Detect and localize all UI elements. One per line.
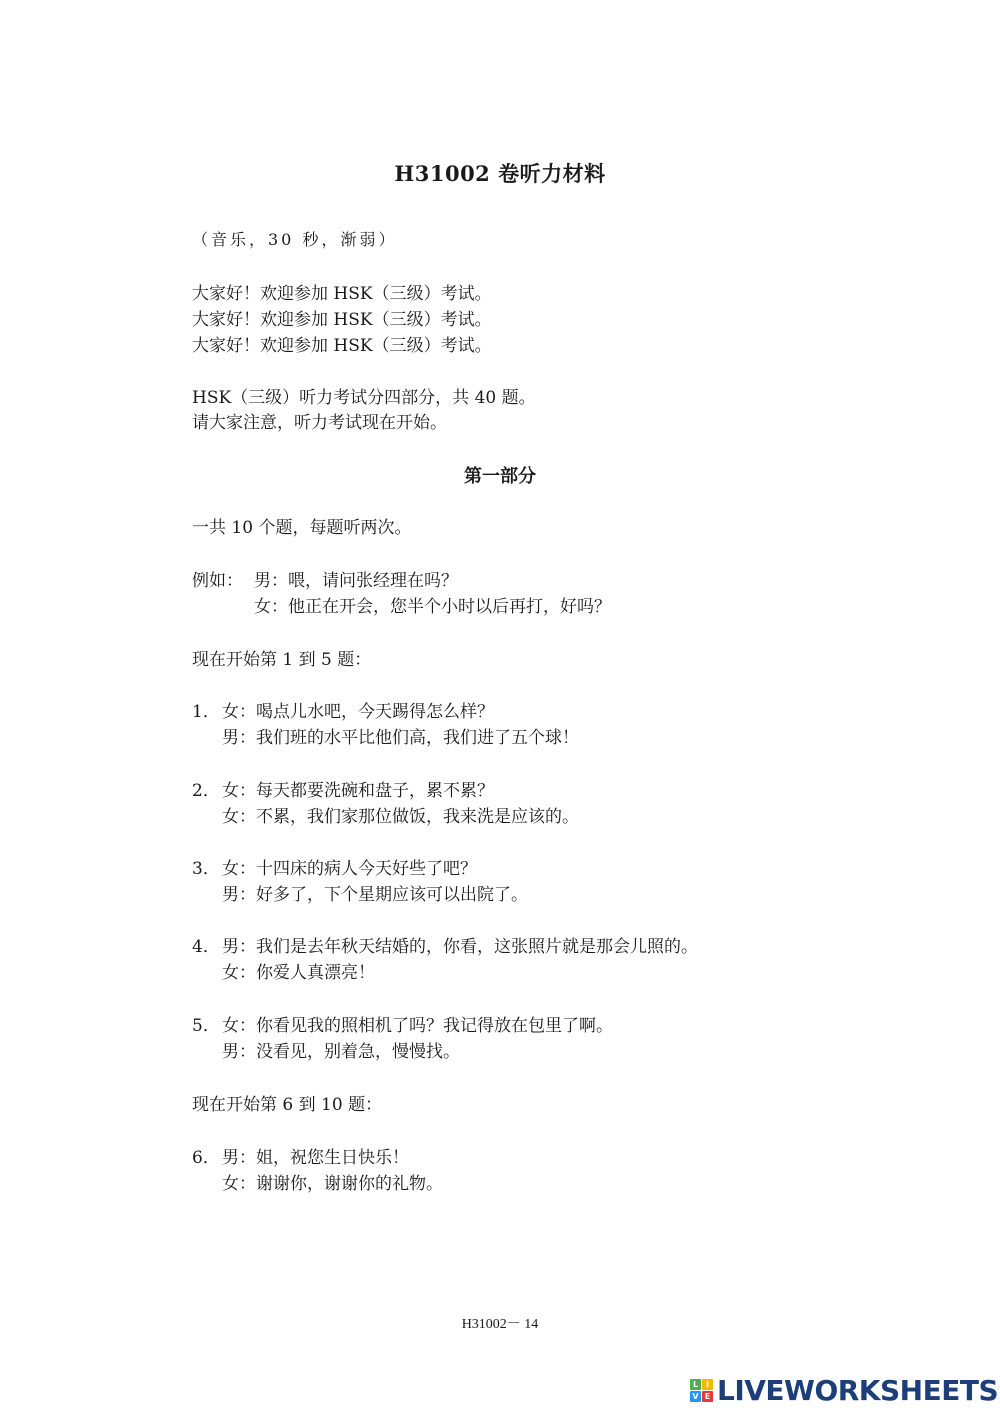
- item-number: 1．: [192, 700, 220, 724]
- music-note: （音乐，30 秒，渐弱）: [192, 228, 397, 252]
- item-line: 女：你看见我的照相机了吗？我记得放在包里了啊。: [222, 1014, 613, 1038]
- item-number: 2．: [192, 779, 220, 803]
- intro-line: HSK（三级）听力考试分四部分，共 40 题。: [192, 386, 536, 410]
- logo-text: LIVEWORKSHEETS: [717, 1374, 998, 1407]
- section-title: 第一部分: [0, 462, 1000, 488]
- item-line: 女：每天都要洗碗和盘子，累不累？: [222, 779, 494, 803]
- item-line: 女：你爱人真漂亮！: [222, 961, 375, 985]
- greeting-line: 大家好！欢迎参加 HSK（三级）考试。: [192, 282, 492, 306]
- logo-block: E: [702, 1391, 713, 1402]
- intro-line: 请大家注意，听力考试现在开始。: [192, 411, 447, 435]
- start-instruction: 现在开始第 6 到 10 题：: [192, 1093, 382, 1117]
- item-line: 女：十四床的病人今天好些了吧？: [222, 857, 477, 881]
- item-line: 女：不累，我们家那位做饭，我来洗是应该的。: [222, 805, 579, 829]
- example-label: 例如：: [192, 569, 243, 593]
- item-line: 男：我们班的水平比他们高，我们进了五个球！: [222, 726, 579, 750]
- logo-block: V: [690, 1391, 701, 1402]
- example-line: 男：喂，请问张经理在吗？: [254, 569, 458, 593]
- logo-block: L: [690, 1379, 701, 1390]
- item-number: 4．: [192, 935, 220, 959]
- logo-blocks-icon: L I V E: [690, 1379, 713, 1402]
- item-line: 男：我们是去年秋天结婚的，你看，这张照片就是那会儿照的。: [222, 935, 698, 959]
- example-line: 女：他正在开会，您半个小时以后再打，好吗？: [254, 595, 611, 619]
- start-instruction: 现在开始第 1 到 5 题：: [192, 648, 371, 672]
- item-line: 男：没看见，别着急，慢慢找。: [222, 1040, 460, 1064]
- logo-block: I: [702, 1379, 713, 1390]
- item-line: 女：喝点儿水吧，今天踢得怎么样？: [222, 700, 494, 724]
- liveworksheets-logo: L I V E LIVEWORKSHEETS: [690, 1374, 998, 1406]
- greeting-line: 大家好！欢迎参加 HSK（三级）考试。: [192, 308, 492, 332]
- item-line: 女：谢谢你，谢谢你的礼物。: [222, 1172, 443, 1196]
- document-title: H31002 卷听力材料: [0, 158, 1000, 188]
- item-number: 5．: [192, 1014, 220, 1038]
- item-number: 6．: [192, 1146, 220, 1170]
- item-line: 男：好多了，下个星期应该可以出院了。: [222, 883, 528, 907]
- greeting-line: 大家好！欢迎参加 HSK（三级）考试。: [192, 334, 492, 358]
- section-instruction: 一共 10 个题，每题听两次。: [192, 516, 411, 540]
- page-footer: H31002－ 14: [0, 1313, 1000, 1333]
- item-number: 3．: [192, 857, 220, 881]
- document-page: H31002 卷听力材料 （音乐，30 秒，渐弱） 大家好！欢迎参加 HSK（三…: [0, 0, 1000, 1414]
- item-line: 男：姐，祝您生日快乐！: [222, 1146, 409, 1170]
